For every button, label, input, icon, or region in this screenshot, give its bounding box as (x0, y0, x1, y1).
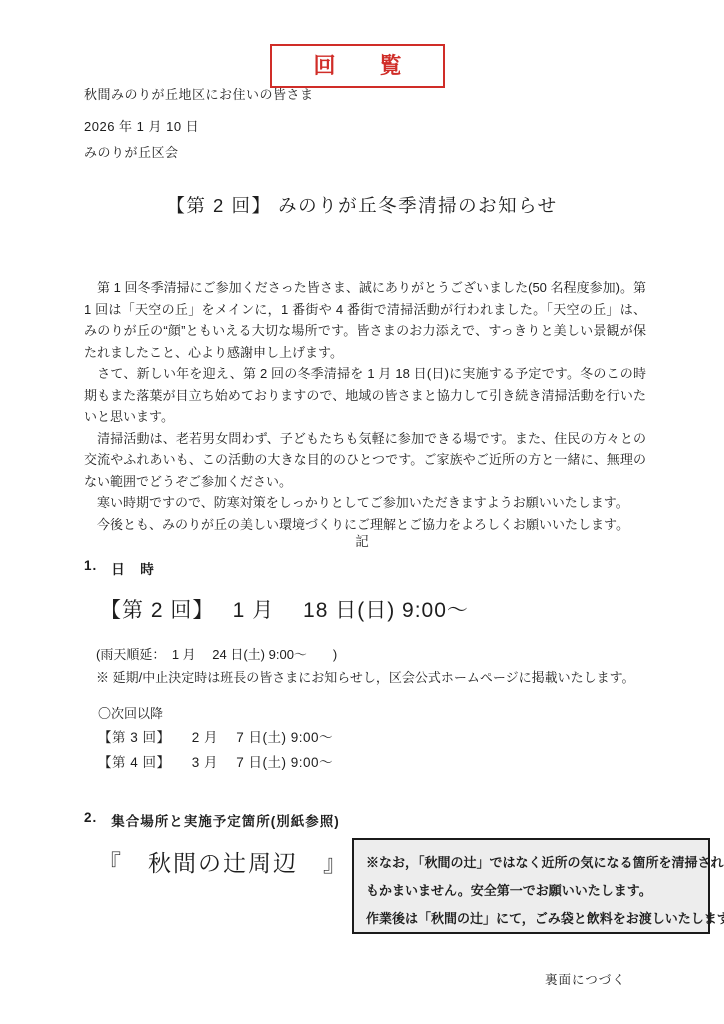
recipient-line: 秋間みのりが丘地区にお住いの皆さま (84, 84, 314, 103)
note-line-1: ※なお，「秋間の辻」ではなく近所の気になる箇所を清掃されて (366, 849, 696, 877)
section-1-label: 日 時 (111, 558, 155, 578)
cancellation-note: ※ 延期/中止決定時は班長の皆さまにお知らせし，区会公式ホームページに掲載いたし… (96, 667, 635, 686)
section-1-heading: 1. 日 時 (84, 558, 155, 578)
date-line: 2026 年 1 月 10 日 (84, 116, 199, 135)
body-paragraph-1: 第 1 回冬季清掃にご参加くださった皆さま、誠にありがとうございました(50 名… (84, 277, 646, 363)
kairan-stamp-label: 回 覧 (313, 55, 401, 77)
location-name: 『 秋間の辻周辺 』 (98, 845, 348, 878)
ki-marker: 記 (0, 530, 724, 550)
upcoming-label: 〇次回以降 (98, 703, 163, 722)
body-paragraph-4: 寒い時期ですので、防寒対策をしっかりとしてご参加いただきますようお願いいたします… (84, 492, 646, 514)
body-paragraph-2: さて、新しい年を迎え、第 2 回の冬季清掃を 1 月 18 日(日)に実施する予… (84, 363, 646, 428)
continuation-note: 裏面につづく (545, 970, 626, 988)
upcoming-round-3: 【第 3 回】 2 月 7 日(土) 9:00～ (98, 726, 333, 746)
circular-notice-page: 回 覧 秋間みのりが丘地区にお住いの皆さま 2026 年 1 月 10 日 みの… (0, 0, 724, 1024)
section-2-label: 集合場所と実施予定箇所(別紙参照) (111, 810, 340, 830)
body-paragraph-3: 清掃活動は、老若男女問わず、子どもたちも気軽に参加できる場です。また、住民の方々… (84, 428, 646, 493)
note-box: ※なお，「秋間の辻」ではなく近所の気になる箇所を清掃されて もかまいません。安全… (352, 838, 710, 934)
sender-line: みのりが丘区会 (84, 142, 179, 161)
note-line-2: もかまいません。安全第一でお願いいたします。 (366, 877, 696, 905)
upcoming-round-4: 【第 4 回】 3 月 7 日(土) 9:00～ (98, 751, 333, 771)
section-1-number: 1. (84, 558, 97, 578)
page-title: 【第 2 回】 みのりが丘冬季清掃のお知らせ (0, 192, 724, 218)
section-2-number: 2. (84, 810, 97, 830)
section-2-heading: 2. 集合場所と実施予定箇所(別紙参照) (84, 810, 340, 830)
body-text: 第 1 回冬季清掃にご参加くださった皆さま、誠にありがとうございました(50 名… (84, 277, 646, 535)
main-schedule: 【第 2 回】 1 月 18 日(日) 9:00～ (100, 594, 469, 624)
note-line-3: 作業後は「秋間の辻」にて，ごみ袋と飲料をお渡しいたします。 (366, 905, 696, 933)
kairan-stamp: 回 覧 (270, 44, 445, 88)
rain-postponement-note: (雨天順延： 1 月 24 日(土) 9:00～ ) (96, 644, 337, 663)
